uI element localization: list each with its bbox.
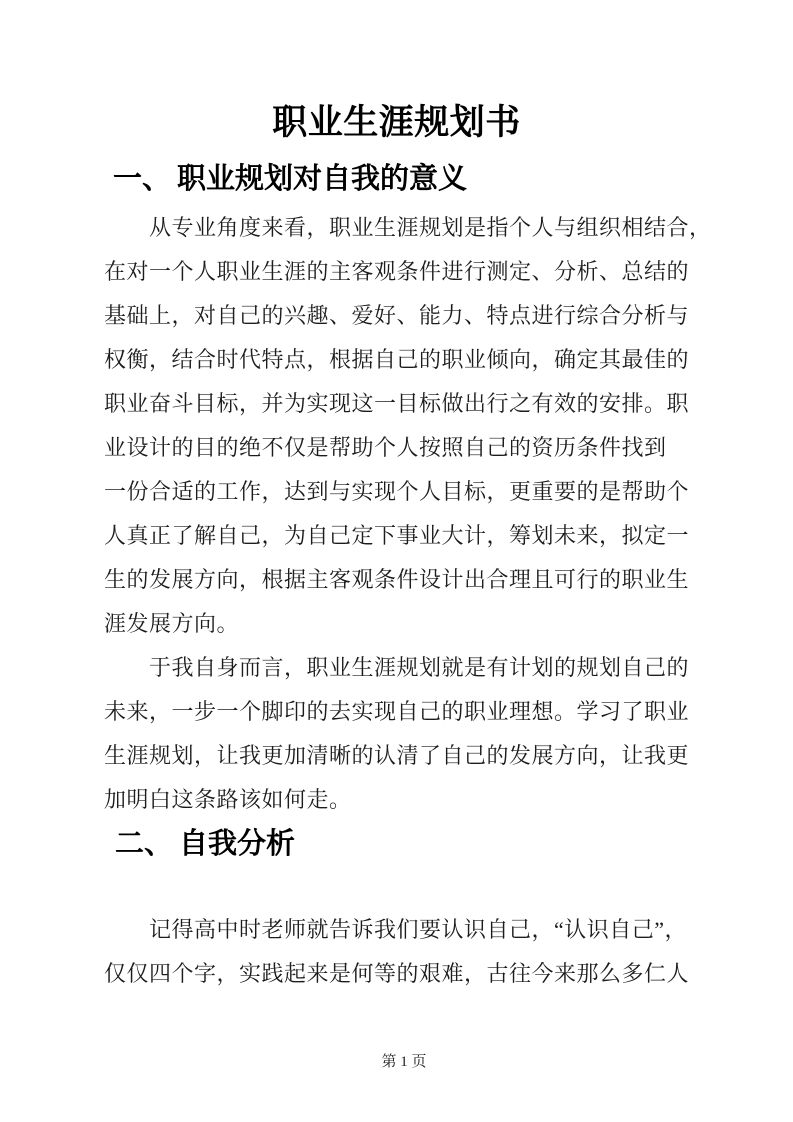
section-heading-1: 一、职业规划对自我的意义: [113, 160, 467, 198]
section-heading-1-text: 职业规划对自我的意义: [177, 163, 467, 195]
text-line: 未来，一步一个脚印的去实现自己的职业理想。学习了职业: [104, 690, 704, 734]
text-line: 加明白这条路该如何走。: [104, 778, 704, 822]
paragraph: 于我自身而言，职业生涯规划就是有计划的规划自己的 未来，一步一个脚印的去实现自己…: [104, 646, 704, 822]
document-page: 职业生涯规划书 一、职业规划对自我的意义 从专业角度来看，职业生涯规划是指个人与…: [0, 0, 793, 1122]
text-line: 于我自身而言，职业生涯规划就是有计划的规划自己的: [104, 646, 704, 690]
text-line: 业设计的目的绝不仅是帮助个人按照自己的资历条件找到: [104, 426, 704, 470]
section-heading-1-number: 一、: [113, 163, 171, 195]
text-line: 权衡，结合时代特点，根据自己的职业倾向，确定其最佳的: [104, 338, 704, 382]
text-line: 在对一个人职业生涯的主客观条件进行测定、分析、总结的: [104, 250, 704, 294]
text-line: 生涯规划，让我更加清晰的认清了自己的发展方向，让我更: [104, 734, 704, 778]
text-line: 人真正了解自己，为自己定下事业大计，筹划未来，拟定一: [104, 514, 704, 558]
section-heading-2-text: 自我分析: [179, 828, 295, 860]
text-line: 记得高中时老师就告诉我们要认识自己，“认识自己”，: [104, 908, 704, 952]
text-line: 仅仅四个字，实践起来是何等的艰难，古往今来那么多仁人: [104, 952, 704, 996]
page-footer: 第 1 页: [0, 1032, 793, 1092]
document-title: 职业生涯规划书: [0, 101, 793, 145]
text-line: 从专业角度来看，职业生涯规划是指个人与组织相结合，: [104, 206, 704, 250]
paragraph: 从专业角度来看，职业生涯规划是指个人与组织相结合， 在对一个人职业生涯的主客观条…: [104, 206, 704, 646]
text-line: 生的发展方向，根据主客观条件设计出合理且可行的职业生: [104, 558, 704, 602]
text-line: 基础上，对自己的兴趣、爱好、能力、特点进行综合分析与: [104, 294, 704, 338]
text-line: 职业奋斗目标，并为实现这一目标做出行之有效的安排。职: [104, 382, 704, 426]
page-number-label: 第 1 页: [381, 1054, 426, 1070]
text-line: 涯发展方向。: [104, 602, 704, 646]
section-heading-2-number: 二、: [115, 828, 173, 860]
paragraph: 记得高中时老师就告诉我们要认识自己，“认识自己”， 仅仅四个字，实践起来是何等的…: [104, 908, 704, 996]
text-line: 一份合适的工作，达到与实现个人目标，更重要的是帮助个: [104, 470, 704, 514]
section-heading-2: 二、自我分析: [115, 825, 295, 863]
